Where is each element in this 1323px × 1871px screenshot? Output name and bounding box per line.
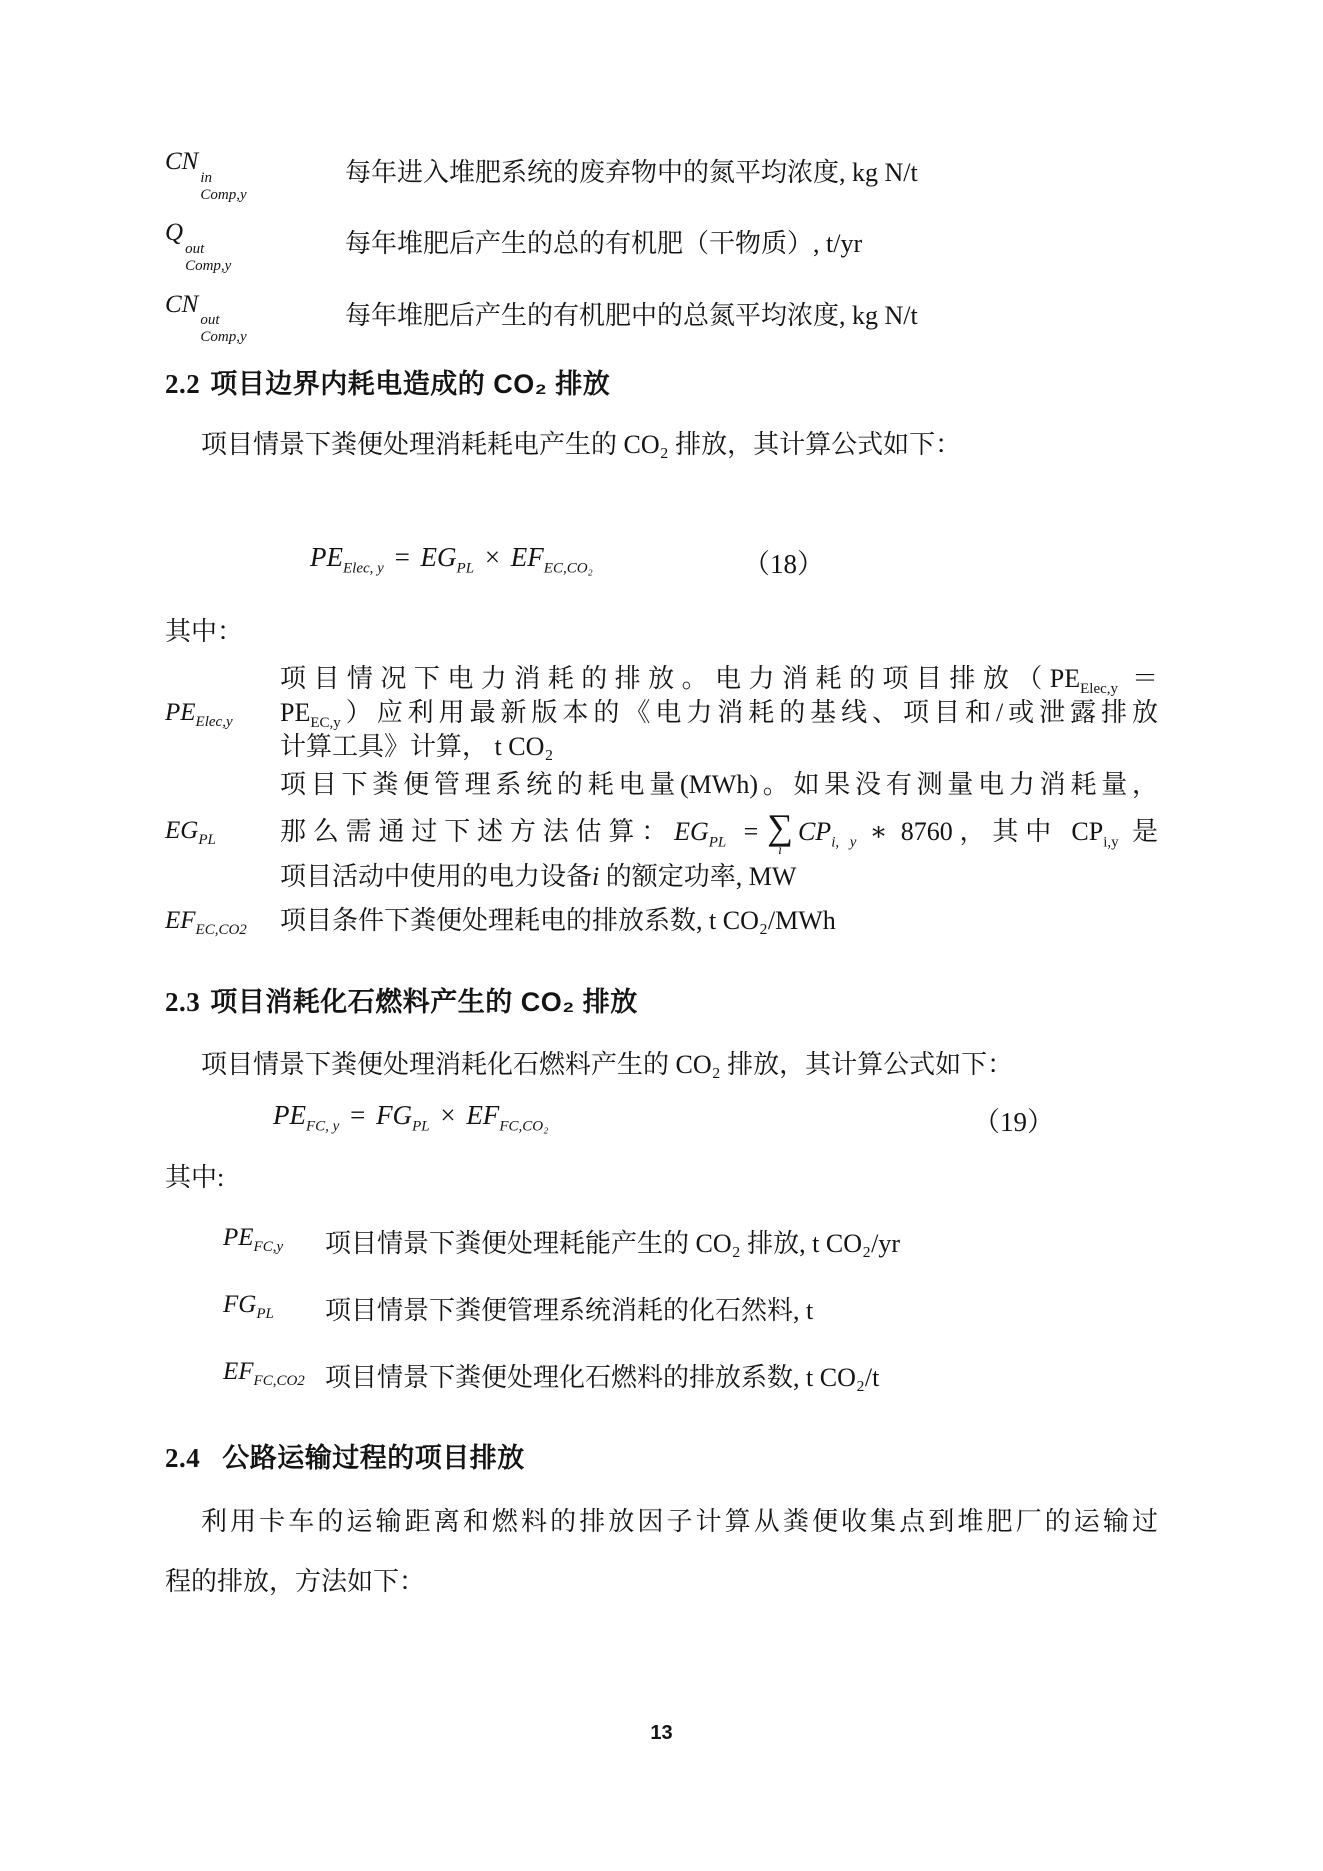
symbol-base: FG [223, 1291, 256, 1318]
variable-row-cn-out: CNoutComp,y 每年堆肥后产生的有机肥中的总氮平均浓度, kg N/t [165, 291, 1158, 346]
description-line-formula: 那么需通过下述方法估算：EGPL =∑iCPi, y ∗ 8760，其中 CPi… [280, 802, 1158, 860]
section-title: 项目边界内耗电造成的 CO₂ 排放 [210, 369, 610, 399]
symbol-superscript: out [185, 241, 204, 258]
text-run: ，其中 CP [953, 817, 1104, 846]
symbol-base: PE [223, 1224, 254, 1251]
symbol-superscript: out [200, 312, 219, 329]
eq-term: EG [421, 542, 457, 572]
symbol-supsub: inComp,y [200, 170, 246, 204]
equation-number: （18） [743, 542, 824, 581]
times-sign: × [436, 1100, 459, 1130]
document-page: CNinComp,y 每年进入堆肥系统的废弃物中的氮平均浓度, kg N/t Q… [0, 0, 1323, 1871]
variable-description: 项目情景下粪便管理系统消耗的化石然料, t [325, 1291, 1158, 1328]
definition-row-ef-ec: EFEC,CO2 项目条件下粪便处理耗电的排放系数, t CO₂/MWh [165, 904, 1158, 938]
eq-term: FG [376, 1100, 412, 1130]
equation-18-body: PEElec, y = EGPL × EFEC,CO₂ [310, 542, 593, 572]
variable-definitions-top: CNinComp,y 每年进入堆肥系统的废弃物中的氮平均浓度, kg N/t Q… [165, 148, 1158, 346]
symbol-subscript: Comp,y [200, 187, 246, 204]
eq-term-sub: i, y [831, 834, 856, 850]
variable-description: 项目下粪便管理系统的耗电量(MWh)。如果没有测量电力消耗量， 那么需通过下述方… [280, 768, 1158, 894]
eq-term-sub: EC,CO₂ [544, 560, 593, 576]
symbol-subscript: FC,y [254, 1239, 284, 1255]
equation-number: （19） [973, 1100, 1054, 1139]
equation-18: PEElec, y = EGPL × EFEC,CO₂ （18） [165, 542, 1158, 573]
eq-term: CP [798, 817, 831, 846]
eq-term-sub: PL [457, 560, 475, 576]
eq-term-sub: PL [412, 1119, 430, 1135]
equals-sign: = [740, 817, 763, 846]
symbol-subscript: FC,CO2 [254, 1373, 305, 1389]
text-run: 的额定功率, MW [599, 862, 796, 891]
variable-description: 每年堆肥后产生的总的有机肥（干物质）, t/yr [345, 219, 862, 265]
summation-symbol: ∑i [767, 810, 793, 858]
variable-symbol: QoutComp,y [165, 219, 345, 274]
symbol-subscript: PL [256, 1306, 274, 1322]
equals-sign: = [391, 542, 414, 572]
where-label: 其中： [165, 611, 1158, 648]
where-label: 其中: [165, 1157, 1158, 1194]
text-run: 项目下粪便管理系统的耗电量(MWh)。如果没有测量电力消耗量， [280, 770, 1158, 799]
paragraph-line: 程的排放，方法如下： [165, 1565, 1158, 1599]
section-title: 公路运输过程的项目排放 [222, 1443, 525, 1473]
eq-term-sub: FC, y [306, 1119, 339, 1135]
section-number: 2.3 [165, 987, 200, 1017]
section-2-2-intro: 项目情景下粪便处理消耗耗电产生的 CO₂ 排放，其计算公式如下： [165, 425, 1158, 464]
variable-symbol: FGPL [223, 1291, 325, 1319]
definition-row-pe-fc: PEFC,y 项目情景下粪便处理耗能产生的 CO₂ 排放, t CO₂/yr [165, 1224, 1158, 1261]
eq-term-sub: PL [709, 834, 727, 850]
eq-term-sub: Elec, y [343, 560, 384, 576]
definition-row-pe-elec: PEElec,y 项目情况下电力消耗的排放。电力消耗的项目排放（PEElec,y… [165, 662, 1158, 764]
text-run: 是 [1119, 817, 1158, 846]
text-run: 项目条件下粪便处理耗电的排放系数, t CO₂/MWh [280, 906, 836, 935]
symbol-base: EF [165, 907, 196, 934]
eq-term: EF [511, 542, 544, 572]
variable-symbol: PEElec,y [165, 699, 280, 727]
symbol-base: EG [165, 817, 198, 844]
times-sign: × [481, 542, 504, 572]
variable-row-cn-in: CNinComp,y 每年进入堆肥系统的废弃物中的氮平均浓度, kg N/t [165, 148, 1158, 203]
symbol-subscript: EC,CO2 [196, 922, 247, 938]
text-run: 计算工具》计算， t CO₂ [280, 732, 553, 761]
variable-description: 项目情景下粪便处理化石燃料的排放系数, t CO₂/t [325, 1358, 1158, 1395]
symbol-superscript: in [200, 170, 212, 187]
symbol-subscript: Comp,y [200, 329, 246, 346]
variable-row-q-out: QoutComp,y 每年堆肥后产生的总的有机肥（干物质）, t/yr [165, 219, 1158, 274]
variable-symbol: EGPL [165, 817, 280, 845]
text-run: 那么需通过下述方法估算： [280, 817, 674, 846]
description-line: 项目条件下粪便处理耗电的排放系数, t CO₂/MWh [280, 904, 1158, 938]
section-number: 2.2 [165, 369, 200, 399]
eq-term: PE [273, 1100, 306, 1130]
sigma-glyph: ∑ [767, 810, 793, 844]
eq-term-sub: FC,CO₂ [499, 1119, 548, 1135]
description-line: PEEC,y）应利用最新版本的《电力消耗的基线、项目和/或泄露排放 [280, 696, 1158, 730]
definition-row-fg-pl: FGPL 项目情景下粪便管理系统消耗的化石然料, t [165, 1291, 1158, 1328]
description-line: 计算工具》计算， t CO₂ [280, 730, 1158, 764]
description-line: 项目活动中使用的电力设备i 的额定功率, MW [280, 860, 1158, 894]
eq-term: PE [310, 542, 343, 572]
variable-symbol: CNoutComp,y [165, 291, 345, 346]
section-2-3-heading: 2.3项目消耗化石燃料产生的 CO₂ 排放 [165, 980, 1158, 1019]
page-number: 13 [650, 1722, 672, 1745]
variable-symbol: EFEC,CO2 [165, 907, 280, 935]
sigma-index: i [778, 844, 782, 858]
symbol-subscript: Comp,y [185, 258, 231, 275]
section-2-2-heading: 2.2项目边界内耗电造成的 CO₂ 排放 [165, 362, 1158, 401]
symbol-base: PE [165, 699, 196, 726]
text-run: ）应利用最新版本的《电力消耗的基线、项目和/或泄露排放 [341, 698, 1158, 727]
variable-description: 项目情况下电力消耗的排放。电力消耗的项目排放（PEElec,y ＝ PEEC,y… [280, 662, 1158, 764]
definition-row-ef-fc: EFFC,CO2 项目情景下粪便处理化石燃料的排放系数, t CO₂/t [165, 1358, 1158, 1395]
section-2-4-heading: 2.4公路运输过程的项目排放 [165, 1436, 1158, 1475]
symbol-subscript: PL [198, 832, 216, 848]
text-run: ∗ 8760 [870, 817, 953, 846]
variable-symbol: EFFC,CO2 [223, 1358, 325, 1386]
section-2-3-intro: 项目情景下粪便处理消耗化石燃料产生的 CO₂ 排放，其计算公式如下： [165, 1045, 1158, 1084]
variable-description: 项目情景下粪便处理耗能产生的 CO₂ 排放, t CO₂/yr [325, 1224, 1158, 1261]
equals-sign: = [346, 1100, 369, 1130]
inline-subscript: i,y [1103, 834, 1118, 850]
inline-subscript: EC,y [310, 715, 340, 731]
text-run: 项目活动中使用的电力设备 [280, 862, 592, 891]
symbol-base: Q [165, 219, 183, 246]
definition-row-eg-pl: EGPL 项目下粪便管理系统的耗电量(MWh)。如果没有测量电力消耗量， 那么需… [165, 768, 1158, 894]
section-title: 项目消耗化石燃料产生的 CO₂ 排放 [210, 987, 638, 1017]
variable-symbol: PEFC,y [223, 1224, 325, 1252]
variable-description: 项目条件下粪便处理耗电的排放系数, t CO₂/MWh [280, 904, 1158, 938]
symbol-supsub: outComp,y [200, 312, 246, 346]
symbol-base: CN [165, 148, 198, 175]
section-number: 2.4 [165, 1443, 200, 1473]
description-line: 项目情况下电力消耗的排放。电力消耗的项目排放（PEElec,y ＝ [280, 662, 1158, 696]
symbol-base: EF [223, 1358, 254, 1385]
paragraph-line: 利用卡车的运输距离和燃料的排放因子计算从粪便收集点到堆肥厂的运输过 [165, 1505, 1158, 1539]
text-run: ＝ [1118, 664, 1158, 693]
eq-term: EG [674, 817, 709, 846]
variable-description: 每年进入堆肥系统的废弃物中的氮平均浓度, kg N/t [345, 148, 918, 194]
text-run: PE [280, 698, 310, 727]
variable-description: 每年堆肥后产生的有机肥中的总氮平均浓度, kg N/t [345, 291, 918, 337]
symbol-supsub: outComp,y [185, 241, 231, 275]
symbol-subscript: Elec,y [196, 714, 233, 730]
variable-symbol: CNinComp,y [165, 148, 345, 203]
equation-19-body: PEFC, y = FGPL × EFFC,CO₂ [273, 1100, 548, 1130]
symbol-base: CN [165, 291, 198, 318]
eq-term: EF [466, 1100, 499, 1130]
inline-subscript: Elec,y [1080, 681, 1118, 697]
section-2-4-paragraph: 利用卡车的运输距离和燃料的排放因子计算从粪便收集点到堆肥厂的运输过 程的排放，方… [165, 1505, 1158, 1599]
description-line: 项目下粪便管理系统的耗电量(MWh)。如果没有测量电力消耗量， [280, 768, 1158, 802]
text-run: 项目情况下电力消耗的排放。电力消耗的项目排放（PE [280, 664, 1080, 693]
equation-19: PEFC, y = FGPL × EFFC,CO₂ （19） [165, 1100, 1158, 1131]
